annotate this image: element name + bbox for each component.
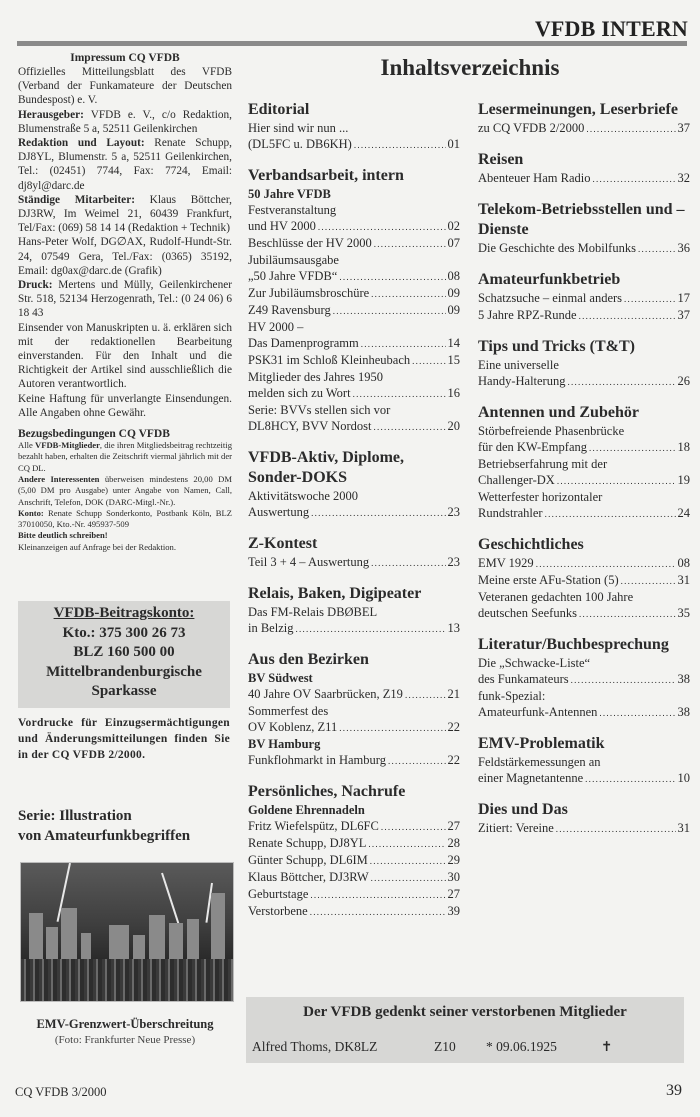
- toc-entry: zu CQ VFDB 2/200037: [478, 120, 690, 137]
- dot-leader: [310, 886, 445, 903]
- toc-entry: Auswertung23: [248, 504, 460, 521]
- dot-leader: [586, 120, 675, 137]
- herausgeber-label: Herausgeber:: [18, 109, 84, 121]
- toc-entry-text: Zitiert: Vereine: [478, 820, 554, 837]
- toc-entry-text: deutschen Seefunks: [478, 605, 577, 622]
- serie-heading: Serie: Illustration von Amateurfunkbegri…: [18, 806, 232, 846]
- mitarbeiter-2: Hans-Peter Wolf, DG∅AX, Rudolf-Hundt-Str…: [18, 235, 232, 278]
- toc-entry: Teil 3 + 4 – Auswertung23: [248, 554, 460, 571]
- toc-page-number: 07: [448, 235, 461, 252]
- toc-entry: deutschen Seefunks35: [478, 605, 690, 622]
- toc-section: Telekom-Betriebsstellen und –DiensteDie …: [478, 200, 690, 257]
- toc-page-number: 21: [448, 686, 461, 703]
- memorial-born: * 09.06.1925: [486, 1039, 557, 1055]
- toc-page-number: 10: [678, 770, 691, 787]
- photo-credit: (Foto: Frankfurter Neue Presse): [18, 1034, 232, 1046]
- toc-entry: Z49 Ravensburg09: [248, 302, 460, 319]
- toc-entry-text: Rundstrahler: [478, 505, 543, 522]
- toc-subsection-title: 50 Jahre VFDB: [248, 186, 460, 202]
- toc-section-title: Antennen und Zubehör: [478, 403, 690, 423]
- toc-entry: Die Geschichte des Mobilfunks36: [478, 240, 690, 257]
- toc-section: Dies und DasZitiert: Vereine31: [478, 800, 690, 837]
- konto-number: Kto.: 375 300 26 73: [18, 624, 230, 644]
- toc-entry: einer Magnetantenne10: [478, 770, 690, 787]
- toc-page-number: 27: [448, 886, 461, 903]
- toc-page-number: 20: [448, 418, 461, 435]
- dot-leader: [318, 218, 446, 235]
- toc-entry: Sommerfest des: [248, 703, 460, 719]
- konto-blz: BLZ 160 500 00: [18, 643, 230, 663]
- dot-leader: [374, 418, 446, 435]
- issue-label: CQ VFDB 3/2000: [15, 1085, 106, 1100]
- dot-leader: [310, 903, 446, 920]
- toc-entry-text: Serie: BVVs stellen sich vor: [248, 402, 390, 418]
- toc-page-number: 31: [678, 820, 691, 837]
- toc-page-number: 22: [448, 719, 461, 736]
- photo-caption: EMV-Grenzwert-Überschreitung: [18, 1017, 232, 1032]
- mitarbeiter-label: Ständige Mitarbeiter:: [18, 194, 135, 206]
- toc-entry: Wetterfester horizontaler: [478, 489, 690, 505]
- toc-section: Lesermeinungen, Leserbriefezu CQ VFDB 2/…: [478, 100, 690, 137]
- toc-section: GeschichtlichesEMV 192908Meine erste AFu…: [478, 535, 690, 622]
- toc-entry-text: Betriebserfahrung mit der: [478, 456, 607, 472]
- toc-section: Relais, Baken, DigipeaterDas FM-Relais D…: [248, 584, 460, 637]
- toc-page-number: 27: [448, 818, 461, 835]
- beitragskonto-box: VFDB-Beitragskonto: Kto.: 375 300 26 73 …: [18, 601, 230, 708]
- konto-bank-2: Sparkasse: [18, 682, 230, 702]
- toc-entry-text: zu CQ VFDB 2/2000: [478, 120, 584, 137]
- dot-leader: [412, 352, 445, 369]
- dot-leader: [536, 555, 676, 572]
- toc-entry: Handy-Halterung26: [478, 373, 690, 390]
- toc-entry: „50 Jahre VFDB“08: [248, 268, 460, 285]
- dot-leader: [374, 235, 446, 252]
- impressum-title: Impressum CQ VFDB: [18, 52, 232, 64]
- toc-entry: Störbefreiende Phasenbrücke: [478, 423, 690, 439]
- skyline-lightning-photo: [20, 862, 234, 1002]
- toc-entry: Die „Schwacke-Liste“: [478, 655, 690, 671]
- toc-entry: HV 2000 –: [248, 319, 460, 335]
- toc-entry-text: Auswertung: [248, 504, 309, 521]
- toc-entry-text: Abenteuer Ham Radio: [478, 170, 590, 187]
- toc-entry: 40 Jahre OV Saarbrücken, Z1921: [248, 686, 460, 703]
- toc-entry: Feldstärkemessungen an: [478, 754, 690, 770]
- toc-entry-text: Festveranstaltung: [248, 202, 336, 218]
- toc-section-title: EMV-Problematik: [478, 734, 690, 754]
- toc-entry-text: „50 Jahre VFDB“: [248, 268, 337, 285]
- toc-entry: für den KW-Empfang18: [478, 439, 690, 456]
- toc-page-number: 09: [448, 285, 461, 302]
- toc-entry-text: Amateurfunk-Antennen: [478, 704, 597, 721]
- toc-section: Literatur/BuchbesprechungDie „Schwacke-L…: [478, 635, 690, 721]
- toc-page-number: 35: [678, 605, 691, 622]
- toc-entry: Abenteuer Ham Radio32: [478, 170, 690, 187]
- toc-entry-text: Renate Schupp, DJ8YL: [248, 835, 366, 852]
- toc-entry-text: Jubiläumsausgabe: [248, 252, 339, 268]
- toc-section-title: Relais, Baken, Digipeater: [248, 584, 460, 604]
- toc-section: EditorialHier sind wir nun ...(DL5FC u. …: [248, 100, 460, 153]
- toc-entry-text: Störbefreiende Phasenbrücke: [478, 423, 624, 439]
- toc-entry: des Funkamateurs38: [478, 671, 690, 688]
- memorial-name: Alfred Thoms, DK8LZ: [252, 1039, 377, 1055]
- toc-section-title: Verbandsarbeit, intern: [248, 166, 460, 186]
- toc-entry-text: EMV 1929: [478, 555, 534, 572]
- dot-leader: [339, 719, 445, 736]
- toc-section: Verbandsarbeit, intern50 Jahre VFDBFestv…: [248, 166, 460, 435]
- toc-entry: melden sich zu Wort16: [248, 385, 460, 402]
- toc-entry-text: Schatzsuche – einmal anders: [478, 290, 622, 307]
- toc-entry-text: Beschlüsse der HV 2000: [248, 235, 372, 252]
- bezug-title: Bezugsbedingungen CQ VFDB: [18, 428, 232, 440]
- toc-entry: Meine erste AFu-Station (5)31: [478, 572, 690, 589]
- toc-entry: Jubiläumsausgabe: [248, 252, 460, 268]
- toc-entry-text: Fritz Wiefelspütz, DL6FC: [248, 818, 379, 835]
- toc-section: AmateurfunkbetriebSchatzsuche – einmal a…: [478, 270, 690, 324]
- toc-section-title: Literatur/Buchbesprechung: [478, 635, 690, 655]
- dot-leader: [585, 770, 675, 787]
- toc-entry: Zitiert: Vereine31: [478, 820, 690, 837]
- toc-section-title: Telekom-Betriebsstellen und –Dienste: [478, 200, 690, 240]
- dot-leader: [311, 504, 445, 521]
- toc-entry-text: Geburtstage: [248, 886, 308, 903]
- dot-leader: [638, 240, 676, 257]
- toc-page-number: 24: [678, 505, 691, 522]
- toc-entry: und HV 200002: [248, 218, 460, 235]
- toc-entry-text: funk-Spezial:: [478, 688, 545, 704]
- toc-entry-text: HV 2000 –: [248, 319, 303, 335]
- memorial-box: Der VFDB gedenkt seiner verstorbenen Mit…: [246, 997, 684, 1063]
- toc-section: Antennen und ZubehörStörbefreiende Phase…: [478, 403, 690, 522]
- vordrucke-note: Vordrucke für Einzugsermächtigungen und …: [18, 715, 230, 763]
- toc-section: ReisenAbenteuer Ham Radio32: [478, 150, 690, 187]
- toc-entry-text: Mitglieder des Jahres 1950: [248, 369, 383, 385]
- toc-entry-text: Sommerfest des: [248, 703, 328, 719]
- toc-subsection-title: Goldene Ehrennadeln: [248, 802, 460, 818]
- toc-page-number: 37: [678, 307, 691, 324]
- dot-leader: [571, 671, 676, 688]
- toc-title: Inhaltsverzeichnis: [248, 55, 692, 81]
- dot-leader: [370, 852, 446, 869]
- toc-section-title: Tips und Tricks (T&T): [478, 337, 690, 357]
- toc-section-title: Persönliches, Nachrufe: [248, 782, 460, 802]
- toc-page-number: 08: [678, 555, 691, 572]
- toc-page-number: 31: [678, 572, 691, 589]
- toc-page-number: 13: [448, 620, 461, 637]
- toc-entry: Fritz Wiefelspütz, DL6FC27: [248, 818, 460, 835]
- toc-page-number: 32: [678, 170, 691, 187]
- toc-entry: (DL5FC u. DB6KH)01: [248, 136, 460, 153]
- toc-entry: Zur Jubiläumsbroschüre09: [248, 285, 460, 302]
- toc-page-number: 23: [448, 554, 461, 571]
- toc-page-number: 14: [448, 335, 461, 352]
- toc-entry-text: Funkflohmarkt in Hamburg: [248, 752, 386, 769]
- toc-page-number: 01: [448, 136, 461, 153]
- toc-entry-text: des Funkamateurs: [478, 671, 569, 688]
- toc-page-number: 17: [678, 290, 691, 307]
- toc-page-number: 22: [448, 752, 461, 769]
- toc-entry: funk-Spezial:: [478, 688, 690, 704]
- toc-entry-text: 5 Jahre RPZ-Runde: [478, 307, 577, 324]
- toc-entry-text: Das FM-Relais DBØBEL: [248, 604, 377, 620]
- toc-page-number: 23: [448, 504, 461, 521]
- toc-entry-text: Die „Schwacke-Liste“: [478, 655, 590, 671]
- page-number: 39: [666, 1082, 682, 1100]
- dot-leader: [621, 572, 676, 589]
- toc-page-number: 39: [448, 903, 461, 920]
- toc-column-right: Lesermeinungen, Leserbriefezu CQ VFDB 2/…: [478, 100, 690, 850]
- haftung-note: Keine Haftung für unverlangte Einsendung…: [18, 392, 232, 420]
- konto-title: VFDB-Beitragskonto:: [18, 604, 230, 624]
- toc-entry-text: und HV 2000: [248, 218, 316, 235]
- toc-entry-text: melden sich zu Wort: [248, 385, 351, 402]
- dot-leader: [599, 704, 675, 721]
- toc-entry: EMV 192908: [478, 555, 690, 572]
- dot-leader: [368, 835, 445, 852]
- dot-leader: [405, 686, 446, 703]
- toc-section-title: Z-Kontest: [248, 534, 460, 554]
- toc-entry-text: Meine erste AFu-Station (5): [478, 572, 619, 589]
- toc-entry-text: PSK31 im Schloß Kleinheubach: [248, 352, 410, 369]
- toc-entry: Geburtstage27: [248, 886, 460, 903]
- dot-leader: [589, 439, 676, 456]
- toc-entry-text: Eine universelle: [478, 357, 559, 373]
- einsender-note: Einsender von Manuskripten u. ä. erkläre…: [18, 321, 232, 392]
- cross-icon: ✝: [601, 1039, 612, 1055]
- header-rule: [17, 41, 687, 46]
- bezug-text: Alle VFDB-Mitglieder, die ihren Mitglied…: [18, 440, 232, 553]
- toc-page-number: 16: [448, 385, 461, 402]
- toc-page-number: 38: [678, 671, 691, 688]
- dot-leader: [339, 268, 445, 285]
- toc-entry-text: Teil 3 + 4 – Auswertung: [248, 554, 369, 571]
- toc-entry: Festveranstaltung: [248, 202, 460, 218]
- toc-entry: Mitglieder des Jahres 1950: [248, 369, 460, 385]
- toc-entry: DL8HCY, BVV Nordost20: [248, 418, 460, 435]
- toc-section-title: Lesermeinungen, Leserbriefe: [478, 100, 690, 120]
- toc-entry: OV Koblenz, Z1122: [248, 719, 460, 736]
- impressum-intro: Offizielles Mitteilungsblatt des VFDB (V…: [18, 65, 232, 108]
- toc-section: Persönliches, NachrufeGoldene Ehrennadel…: [248, 782, 460, 920]
- toc-page-number: 26: [678, 373, 691, 390]
- dot-leader: [381, 818, 446, 835]
- toc-page-number: 15: [448, 352, 461, 369]
- toc-section-title: Geschichtliches: [478, 535, 690, 555]
- toc-entry-text: 40 Jahre OV Saarbrücken, Z19: [248, 686, 403, 703]
- toc-entry: Verstorbene39: [248, 903, 460, 920]
- toc-entry-text: DL8HCY, BVV Nordost: [248, 418, 372, 435]
- dot-leader: [371, 285, 445, 302]
- toc-entry: Rundstrahler24: [478, 505, 690, 522]
- toc-section: Z-KontestTeil 3 + 4 – Auswertung23: [248, 534, 460, 571]
- toc-entry-text: Challenger-DX: [478, 472, 555, 489]
- toc-page-number: 02: [448, 218, 461, 235]
- toc-section-title: Reisen: [478, 150, 690, 170]
- dot-leader: [557, 472, 676, 489]
- toc-entry: Das Damenprogramm14: [248, 335, 460, 352]
- toc-page-number: 30: [448, 869, 461, 886]
- toc-section: Aus den BezirkenBV Südwest40 Jahre OV Sa…: [248, 650, 460, 769]
- toc-entry: Serie: BVVs stellen sich vor: [248, 402, 460, 418]
- toc-section-title: Amateurfunkbetrieb: [478, 270, 690, 290]
- toc-entry-text: Aktivitätswoche 2000: [248, 488, 358, 504]
- toc-entry: Klaus Böttcher, DJ3RW30: [248, 869, 460, 886]
- toc-entry: Challenger-DX19: [478, 472, 690, 489]
- toc-entry-text: Veteranen gedachten 100 Jahre: [478, 589, 633, 605]
- konto-bank-1: Mittelbrandenburgische: [18, 663, 230, 683]
- toc-entry-text: Hier sind wir nun ...: [248, 120, 348, 136]
- toc-entry-text: Das Damenprogramm: [248, 335, 359, 352]
- toc-page-number: 09: [448, 302, 461, 319]
- toc-page-number: 37: [678, 120, 691, 137]
- toc-entry-text: (DL5FC u. DB6KH): [248, 136, 352, 153]
- druck-label: Druck:: [18, 279, 53, 291]
- toc-page-number: 29: [448, 852, 461, 869]
- toc-entry-text: einer Magnetantenne: [478, 770, 583, 787]
- toc-subsection-title: BV Hamburg: [248, 736, 460, 752]
- toc-section-title: VFDB-Aktiv, Diplome, Sonder-DOKS: [248, 448, 460, 488]
- toc-entry-text: Feldstärkemessungen an: [478, 754, 601, 770]
- dot-leader: [567, 373, 675, 390]
- toc-entry: Das FM-Relais DBØBEL: [248, 604, 460, 620]
- dot-leader: [592, 170, 675, 187]
- dot-leader: [545, 505, 676, 522]
- dot-leader: [556, 820, 676, 837]
- redaktion-label: Redaktion und Layout:: [18, 137, 145, 149]
- dot-leader: [354, 136, 446, 153]
- toc-entry: Eine universelle: [478, 357, 690, 373]
- toc-section: VFDB-Aktiv, Diplome, Sonder-DOKSAktivitä…: [248, 448, 460, 521]
- toc-entry: Betriebserfahrung mit der: [478, 456, 690, 472]
- toc-page-number: 28: [448, 835, 461, 852]
- toc-entry: Hier sind wir nun ...: [248, 120, 460, 136]
- toc-entry-text: Die Geschichte des Mobilfunks: [478, 240, 636, 257]
- toc-entry-text: Z49 Ravensburg: [248, 302, 331, 319]
- impressum: Impressum CQ VFDB Offizielles Mitteilung…: [18, 52, 232, 553]
- toc-section: EMV-ProblematikFeldstärkemessungen anein…: [478, 734, 690, 787]
- toc-page-number: 38: [678, 704, 691, 721]
- toc-entry: Aktivitätswoche 2000: [248, 488, 460, 504]
- toc-entry-text: für den KW-Empfang: [478, 439, 587, 456]
- toc-entry: Günter Schupp, DL6IM29: [248, 852, 460, 869]
- toc-column-middle: EditorialHier sind wir nun ...(DL5FC u. …: [248, 100, 460, 933]
- toc-section-title: Dies und Das: [478, 800, 690, 820]
- dot-leader: [295, 620, 445, 637]
- toc-section-title: Aus den Bezirken: [248, 650, 460, 670]
- toc-entry-text: Wetterfester horizontaler: [478, 489, 602, 505]
- toc-entry: Funkflohmarkt in Hamburg22: [248, 752, 460, 769]
- toc-page-number: 08: [448, 268, 461, 285]
- toc-entry: Veteranen gedachten 100 Jahre: [478, 589, 690, 605]
- memorial-title: Der VFDB gedenkt seiner verstorbenen Mit…: [246, 1004, 684, 1021]
- toc-entry-text: Verstorbene: [248, 903, 308, 920]
- toc-entry-text: Handy-Halterung: [478, 373, 565, 390]
- toc-entry: 5 Jahre RPZ-Runde37: [478, 307, 690, 324]
- dot-leader: [371, 554, 445, 571]
- toc-page-number: 36: [678, 240, 691, 257]
- dot-leader: [333, 302, 446, 319]
- dot-leader: [361, 335, 446, 352]
- toc-entry: in Belzig13: [248, 620, 460, 637]
- toc-section: Tips und Tricks (T&T)Eine universelleHan…: [478, 337, 690, 390]
- toc-entry-text: OV Koblenz, Z11: [248, 719, 337, 736]
- dot-leader: [353, 385, 446, 402]
- toc-page-number: 18: [678, 439, 691, 456]
- toc-entry: Amateurfunk-Antennen38: [478, 704, 690, 721]
- toc-entry: PSK31 im Schloß Kleinheubach15: [248, 352, 460, 369]
- toc-entry-text: Günter Schupp, DL6IM: [248, 852, 368, 869]
- toc-subsection-title: BV Südwest: [248, 670, 460, 686]
- toc-entry-text: in Belzig: [248, 620, 293, 637]
- toc-entry: Schatzsuche – einmal anders17: [478, 290, 690, 307]
- toc-entry: Renate Schupp, DJ8YL28: [248, 835, 460, 852]
- toc-entry-text: Zur Jubiläumsbroschüre: [248, 285, 369, 302]
- dot-leader: [388, 752, 446, 769]
- toc-entry: Beschlüsse der HV 200007: [248, 235, 460, 252]
- dot-leader: [579, 605, 676, 622]
- dot-leader: [624, 290, 675, 307]
- dot-leader: [579, 307, 676, 324]
- memorial-dok: Z10: [434, 1039, 456, 1055]
- section-title: VFDB INTERN: [535, 16, 688, 42]
- dot-leader: [371, 869, 446, 886]
- toc-section-title: Editorial: [248, 100, 460, 120]
- toc-entry-text: Klaus Böttcher, DJ3RW: [248, 869, 369, 886]
- toc-page-number: 19: [678, 472, 691, 489]
